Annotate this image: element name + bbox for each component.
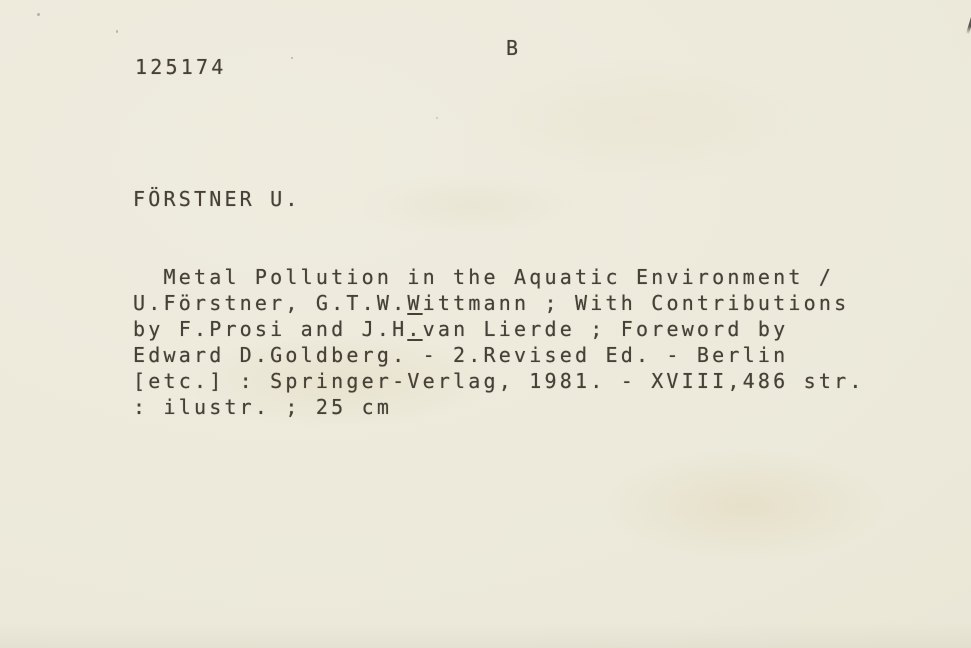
card-text-line: [etc.] : Springer-Verlag, 1981. - XVIII,… (133, 368, 865, 394)
text-segment: van Lierde ; Foreword by (423, 317, 789, 341)
card-text-line: U.Förstner, G.T.W.Wittmann ; With Contri… (133, 290, 865, 316)
text-segment: : ilustr. ; 25 cm (133, 395, 392, 419)
underlined-character: . (407, 317, 422, 341)
paper-speck (37, 13, 40, 16)
card-text-line: Metal Pollution in the Aquatic Environme… (133, 264, 865, 290)
paper-speck (436, 117, 438, 119)
author-heading: FÖRSTNER U. (133, 186, 865, 212)
card-text-line: : ilustr. ; 25 cm (133, 394, 865, 420)
text-segment: [etc.] : Springer-Verlag, 1981. - XVIII,… (133, 369, 865, 393)
underlined-character: W (407, 291, 422, 315)
text-segment: Metal Pollution in the Aquatic Environme… (133, 265, 834, 289)
text-segment: by F.Prosi and J.H (133, 317, 407, 341)
card-text-line: Edward D.Goldberg. - 2.Revised Ed. - Ber… (133, 342, 865, 368)
scan-edge-shadow (0, 622, 971, 648)
catalog-card: { "card": { "corner_mark_note": "handwri… (0, 0, 971, 648)
card-text-line: by F.Prosi and J.H.van Lierde ; Foreword… (133, 316, 865, 342)
card-text-block: FÖRSTNER U. Metal Pollution in the Aquat… (133, 134, 865, 446)
text-segment: U.Förstner, G.T.W. (133, 291, 407, 315)
text-segment: ittmann ; With Contributions (423, 291, 850, 315)
handwritten-corner-mark (966, 0, 971, 35)
paper-speck (291, 57, 293, 59)
text-segment: Edward D.Goldberg. - 2.Revised Ed. - Ber… (133, 343, 788, 367)
bibliographic-description: Metal Pollution in the Aquatic Environme… (133, 264, 865, 420)
call-number: 125174 (135, 54, 226, 80)
classification-letter: B (506, 35, 521, 61)
paper-speck (116, 30, 118, 33)
